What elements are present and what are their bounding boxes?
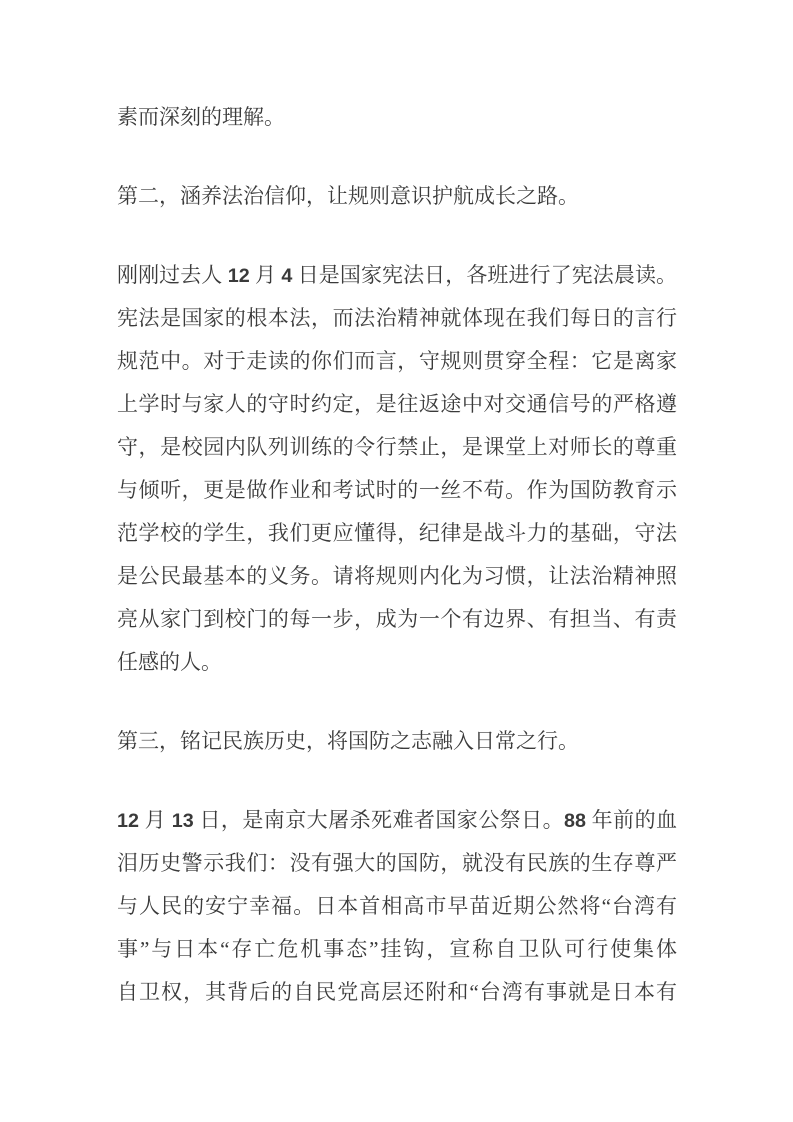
numeral: 4 [281,265,292,287]
text-line: 规范中。对于走读的你们而言，守规则贯穿全程：它是离家 [117,340,677,383]
text-line: 宪法是国家的根本法，而法治精神就体现在我们每日的言行 [117,297,677,340]
text-line: 与倾听，更是做作业和考试时的一丝不苟。作为国防教育示 [117,469,677,512]
numeral: 12 [117,810,139,832]
text-line: 亮从家门到校门的每一步，成为一个有边界、有担当、有责 [117,598,677,641]
text-line: 12 月 13 日，是南京大屠杀死难者国家公祭日。88 年前的血 [117,799,677,842]
text-line: 泪历史警示我们：没有强大的国防，就没有民族的生存尊严 [117,842,677,885]
text-line: 第三，铭记民族历史，将国防之志融入日常之行。 [117,720,677,763]
text-line: 上学时与家人的守时约定，是往返途中对交通信号的严格遵 [117,383,677,426]
text-line: 刚刚过去人 12 月 4 日是国家宪法日，各班进行了宪法晨读。 [117,254,677,297]
numeral: 88 [564,810,586,832]
section-heading: 第二，涵养法治信仰，让规则意识护航成长之路。 [117,175,677,218]
paragraph: 素而深刻的理解。 [117,96,677,139]
text-line: 与人民的安宁幸福。日本首相高市早苗近期公然将“台湾有 [117,885,677,928]
text-line: 自卫权，其背后的自民党高层还附和“台湾有事就是日本有 [117,971,677,1014]
text-line: 第二，涵养法治信仰，让规则意识护航成长之路。 [117,175,677,218]
document-body: 素而深刻的理解。第二，涵养法治信仰，让规则意识护航成长之路。刚刚过去人 12 月… [117,96,677,1050]
text-line: 范学校的学生，我们更应懂得，纪律是战斗力的基础，守法 [117,512,677,555]
paragraph: 12 月 13 日，是南京大屠杀死难者国家公祭日。88 年前的血泪历史警示我们：… [117,799,677,1014]
text-line: 守，是校园内队列训练的令行禁止，是课堂上对师长的尊重 [117,426,677,469]
paragraph: 刚刚过去人 12 月 4 日是国家宪法日，各班进行了宪法晨读。宪法是国家的根本法… [117,254,677,684]
text-line: 素而深刻的理解。 [117,96,677,139]
text-line: 是公民最基本的义务。请将规则内化为习惯，让法治精神照 [117,555,677,598]
numeral: 12 [228,265,250,287]
section-heading: 第三，铭记民族历史，将国防之志融入日常之行。 [117,720,677,763]
text-line: 任感的人。 [117,641,677,684]
text-line: 事”与日本“存亡危机事态”挂钩，宣称自卫队可行使集体 [117,928,677,971]
numeral: 13 [172,810,194,832]
